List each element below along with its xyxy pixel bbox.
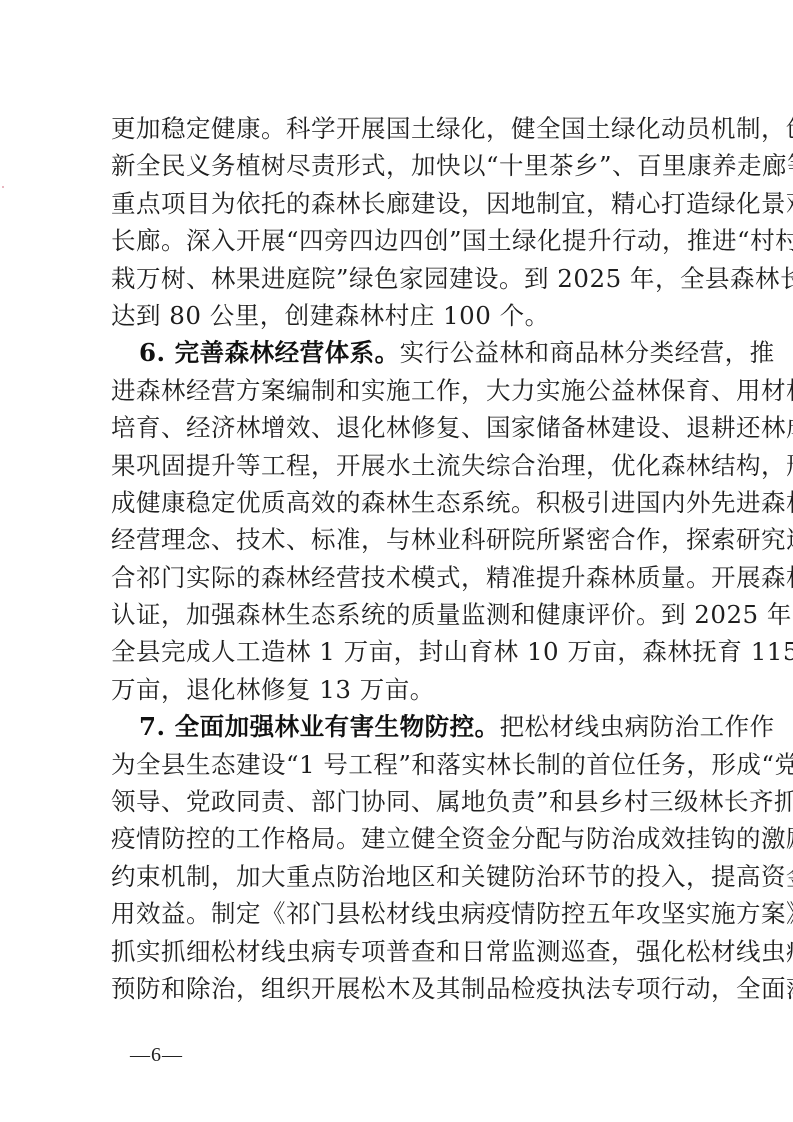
text-line: 进森林经营方案编制和实施工作，大力实施公益林保育、用材林: [111, 372, 703, 409]
text-line: 约束机制，加大重点防治地区和关键防治环节的投入，提高资金使: [111, 858, 703, 895]
text-run: 实行公益林和商品林分类经营，推: [400, 338, 775, 367]
text-line: 领导、党政同责、部门协同、属地负责”和县乡村三级林长齐抓: [111, 783, 703, 820]
text-run: 把松材线虫病防治工作作: [500, 712, 775, 741]
text-line: 经营理念、技术、标准，与林业科研院所紧密合作，探索研究适: [111, 521, 703, 558]
document-page: 更加稳定健康。科学开展国土绿化，健全国土绿化动员机制，创 新全民义务植树尽责形式…: [0, 0, 793, 1122]
paragraph-first-line: 6. 完善森林经营体系。实行公益林和商品林分类经营，推: [111, 334, 703, 371]
text-line: 用效益。制定《祁门县松材线虫病疫情防控五年攻坚实施方案》，: [111, 895, 703, 932]
text-line: 为全县生态建设“1 号工程”和落实林长制的首位任务，形成“党委: [111, 746, 703, 783]
paragraph-continued: 更加稳定健康。科学开展国土绿化，健全国土绿化动员机制，创 新全民义务植树尽责形式…: [111, 110, 703, 334]
section-heading-7: 7. 全面加强林业有害生物防控。: [139, 712, 500, 741]
text-line: 培育、经济林增效、退化林修复、国家储备林建设、退耕还林成: [111, 409, 703, 446]
text-line: 栽万树、林果进庭院”绿色家园建设。到 2025 年，全县森林长廊: [111, 260, 703, 297]
text-line: 成健康稳定优质高效的森林生态系统。积极引进国内外先进森林: [111, 484, 703, 521]
paragraph-first-line: 7. 全面加强林业有害生物防控。把松材线虫病防治工作作: [111, 708, 703, 745]
text-line: 万亩，退化林修复 13 万亩。: [111, 671, 703, 708]
text-line: 认证，加强森林生态系统的质量监测和健康评价。到 2025 年，: [111, 596, 703, 633]
paragraph-7: 7. 全面加强林业有害生物防控。把松材线虫病防治工作作 为全县生态建设“1 号工…: [111, 708, 703, 1007]
section-heading-6: 6. 完善森林经营体系。: [139, 338, 400, 367]
page-number: —6—: [130, 1044, 183, 1067]
text-line: 疫情防控的工作格局。建立健全资金分配与防治成效挂钩的激励: [111, 820, 703, 857]
text-line: 果巩固提升等工程，开展水土流失综合治理，优化森林结构，形: [111, 447, 703, 484]
text-line: 重点项目为依托的森林长廊建设，因地制宜，精心打造绿化景观: [111, 185, 703, 222]
text-line: 预防和除治，组织开展松木及其制品检疫执法专项行动，全面落: [111, 970, 703, 1007]
text-line: 抓实抓细松材线虫病专项普查和日常监测巡查，强化松材线虫病: [111, 933, 703, 970]
text-line: 新全民义务植树尽责形式，加快以“十里茶乡”、百里康养走廊等: [111, 147, 703, 184]
text-line: 更加稳定健康。科学开展国土绿化，健全国土绿化动员机制，创: [111, 110, 703, 147]
margin-mark: [2, 186, 4, 188]
text-line: 全县完成人工造林 1 万亩，封山育林 10 万亩，森林抚育 115.3: [111, 633, 703, 670]
paragraph-6: 6. 完善森林经营体系。实行公益林和商品林分类经营，推 进森林经营方案编制和实施…: [111, 334, 703, 708]
body-text: 更加稳定健康。科学开展国土绿化，健全国土绿化动员机制，创 新全民义务植树尽责形式…: [111, 110, 703, 1007]
text-line: 长廊。深入开展“四旁四边四创”国土绿化提升行动，推进“村村: [111, 222, 703, 259]
text-line: 合祁门实际的森林经营技术模式，精准提升森林质量。开展森林: [111, 559, 703, 596]
text-line: 达到 80 公里，创建森林村庄 100 个。: [111, 297, 703, 334]
